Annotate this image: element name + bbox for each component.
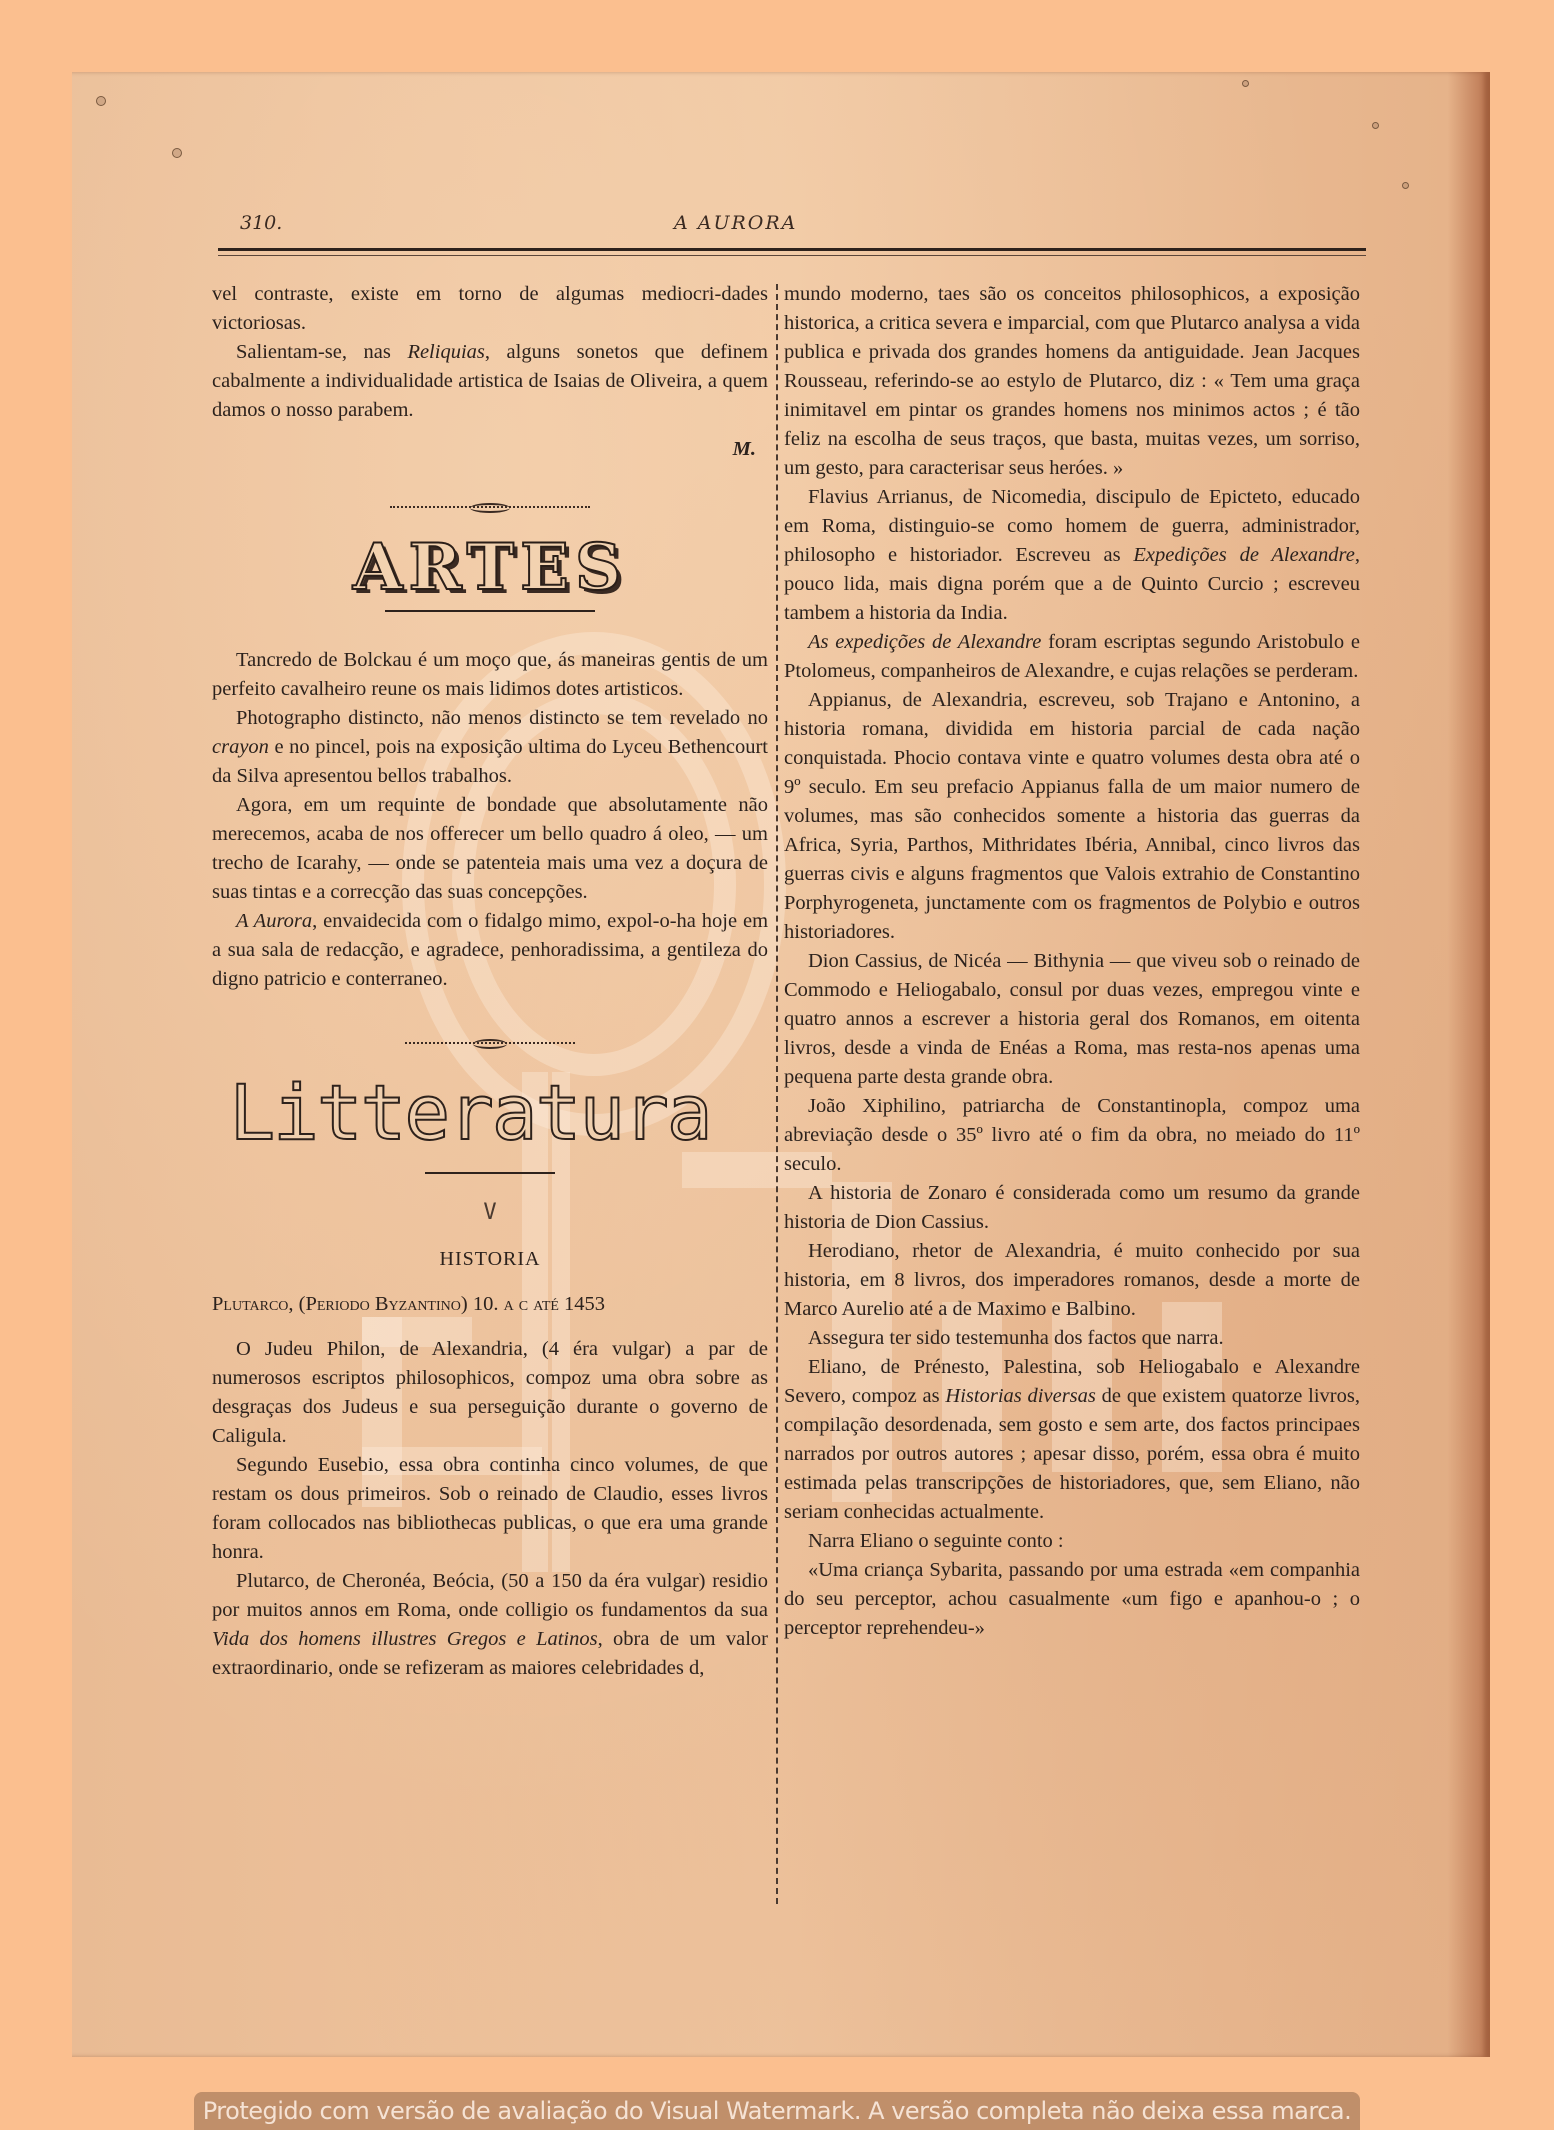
watermark-banner: Protegido com versão de avaliação do Vis… bbox=[194, 2092, 1360, 2130]
section-title-artes: ARTES bbox=[212, 530, 768, 606]
paragraph: Agora, em um requinte de bondade que abs… bbox=[212, 791, 768, 907]
paragraph: Segundo Eusebio, essa obra continha cinc… bbox=[212, 1451, 768, 1567]
paper-spot bbox=[1242, 80, 1249, 87]
paragraph: vel contraste, existe em torno de alguma… bbox=[212, 280, 768, 338]
signature: M. bbox=[212, 435, 756, 464]
paragraph: Narra Eliano o seguinte conto : bbox=[784, 1527, 1360, 1556]
paragraph: Tancredo de Bolckau é um moço que, ás ma… bbox=[212, 646, 768, 704]
paragraph: Photographo distincto, não menos distinc… bbox=[212, 704, 768, 791]
paragraph: A historia de Zonaro é considerada como … bbox=[784, 1179, 1360, 1237]
header-rule bbox=[218, 248, 1366, 256]
paragraph: Flavius Arrianus, de Nicomedia, discipul… bbox=[784, 483, 1360, 628]
paper-spot bbox=[96, 96, 106, 106]
paragraph: O Judeu Philon, de Alexandria, (4 éra vu… bbox=[212, 1335, 768, 1451]
right-column: mundo moderno, taes são os conceitos phi… bbox=[784, 280, 1360, 1643]
paragraph: As expedições de Alexandre foram escript… bbox=[784, 628, 1360, 686]
page-header: 310. A AURORA bbox=[218, 212, 1366, 242]
left-column: vel contraste, existe em torno de alguma… bbox=[212, 280, 768, 1683]
paragraph: João Xiphilino, patriarcha de Constantin… bbox=[784, 1092, 1360, 1179]
byline: Plutarco, (Periodo Byzantino) 10. a c at… bbox=[212, 1290, 768, 1319]
subheading: HISTORIA bbox=[212, 1245, 768, 1274]
ornament-divider bbox=[405, 1038, 575, 1048]
page-number: 310. bbox=[240, 212, 282, 234]
running-title: A AURORA bbox=[674, 212, 797, 234]
paragraph: Eliano, de Prénesto, Palestina, sob Heli… bbox=[784, 1353, 1360, 1527]
paragraph: Assegura ter sido testemunha dos factos … bbox=[784, 1324, 1360, 1353]
paper-spot bbox=[1372, 122, 1379, 129]
paragraph: A Aurora, envaidecida com o fidalgo mimo… bbox=[212, 907, 768, 994]
paper-spot bbox=[1402, 182, 1409, 189]
paragraph: «Uma criança Sybarita, passando por uma … bbox=[784, 1556, 1360, 1643]
paragraph: Salientam-se, nas Reliquias, alguns sone… bbox=[212, 338, 768, 425]
paragraph: Plutarco, de Cheronéa, Beócia, (50 a 150… bbox=[212, 1567, 768, 1683]
paper-spot bbox=[172, 148, 182, 158]
paragraph: Appianus, de Alexandria, escreveu, sob T… bbox=[784, 686, 1360, 947]
paragraph: Herodiano, rhetor de Alexandria, é muito… bbox=[784, 1237, 1360, 1324]
paragraph: mundo moderno, taes são os conceitos phi… bbox=[784, 280, 1360, 483]
paragraph: Dion Cassius, de Nicéa — Bithynia — que … bbox=[784, 947, 1360, 1092]
section-title-litteratura: Litteratura bbox=[172, 1068, 768, 1158]
chapter-number: V bbox=[212, 1198, 768, 1227]
ornament-divider bbox=[390, 502, 590, 512]
column-divider bbox=[776, 284, 778, 1904]
